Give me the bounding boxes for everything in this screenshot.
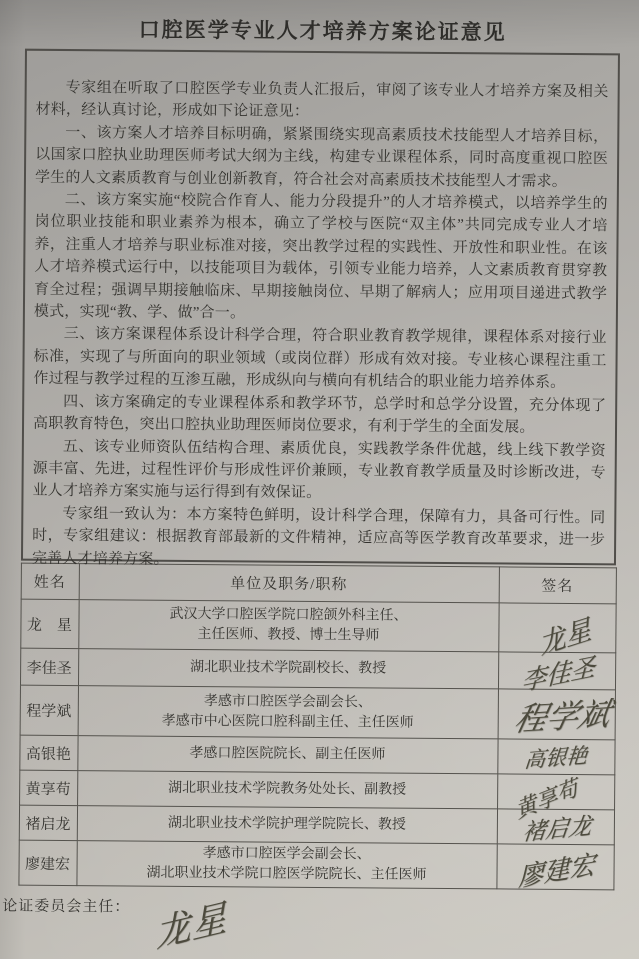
signature-cell: 黄享苟: [497, 774, 614, 810]
scanned-document-page: 口腔医学专业人才培养方案论证意见 专家组在听取了口腔医学专业负责人汇报后，审阅了…: [0, 0, 639, 959]
signature-cell: 程学斌: [498, 689, 615, 740]
table-row: 廖建宏 孝感市口腔医学会副会长、 湖北职业技术学院口腔医学院院长、主任医师 廖建…: [18, 840, 613, 890]
opinion-paragraph-intro: 专家组在听取了口腔医学专业负责人汇报后，审阅了该专业人才培养方案及相关材料，经认…: [35, 77, 608, 126]
experts-table: 姓名 单位及职务/职称 签名 龙 星 武汉大学口腔医学院口腔颌外科主任、 主任医…: [18, 563, 617, 891]
expert-unit: 湖北职业技术学院护理学院院长、教授: [77, 806, 497, 844]
unit-line: 主任医师、教授、博士生导师: [81, 624, 496, 647]
unit-line: 湖北职业技术学院副校长、教授: [81, 657, 496, 680]
signature-cell: 龙星: [498, 603, 615, 653]
unit-line: 孝感口腔医院院长、副主任医师: [80, 743, 495, 766]
handwritten-signature: 程学斌: [510, 688, 616, 741]
expert-unit: 孝感市口腔医学会副会长、 湖北职业技术学院口腔医学院院长、主任医师: [76, 841, 496, 889]
opinion-paragraph-4: 四、该方案确定的专业课程体系和教学环节，总学时和总学分设置，充分体现了高职教育特…: [33, 390, 606, 439]
document-content: 口腔医学专业人才培养方案论证意见 专家组在听取了口腔医学专业负责人汇报后，审阅了…: [0, 0, 639, 959]
opinion-paragraph-conclusion: 专家组一致认为：本方案特色鲜明，设计科学合理，保障有力，具备可行性。同时，专家组…: [32, 502, 606, 574]
table-row: 龙 星 武汉大学口腔医学院口腔颌外科主任、 主任医师、教授、博士生导师 龙星: [20, 599, 615, 653]
chair-label: 论证委员会主任：: [2, 899, 130, 916]
table-row: 高银艳 孝感口腔医院院长、副主任医师 高银艳: [19, 735, 614, 775]
expert-unit: 湖北职业技术学院副校长、教授: [78, 649, 498, 689]
unit-line: 湖北职业技术学院教务处处长、副教授: [80, 778, 495, 801]
opinion-paragraph-1: 一、该方案人才培养目标明确，紧紧围绕实现高素质技术技能型人才培养目标，以国家口腔…: [35, 122, 609, 194]
expert-name: 高银艳: [19, 735, 77, 770]
expert-unit: 孝感市口腔医学会副会长、 孝感市中心医院口腔科副主任、主任医师: [78, 686, 498, 739]
signature-cell: 廖建宏: [496, 844, 613, 890]
expert-unit: 湖北职业技术学院教务处处长、副教授: [77, 771, 497, 809]
header-signature: 签名: [499, 567, 616, 604]
table-row: 黄享苟 湖北职业技术学院教务处处长、副教授 黄享苟: [19, 770, 614, 810]
handwritten-signature: 高银艳: [523, 739, 589, 774]
opinion-box: 专家组在听取了口腔医学专业负责人汇报后，审阅了该专业人才培养方案及相关材料，经认…: [21, 49, 620, 566]
document-title: 口腔医学专业人才培养方案论证意见: [3, 0, 639, 52]
signature-cell: 高银艳: [497, 739, 614, 775]
unit-line: 孝感市中心医院口腔科副主任、主任医师: [80, 711, 495, 734]
handwritten-signature: 褚启龙: [521, 807, 593, 847]
signature-cell: 李佳圣: [498, 652, 615, 690]
expert-unit: 孝感口腔医院院长、副主任医师: [77, 736, 497, 774]
table-row: 李佳圣 湖北职业技术学院副校长、教授 李佳圣: [20, 648, 615, 690]
table-row: 程学斌 孝感市口腔医学会副会长、 孝感市中心医院口腔科副主任、主任医师 程学斌: [20, 685, 615, 740]
expert-name: 黄享苟: [19, 770, 77, 805]
expert-name: 褚启龙: [19, 805, 77, 840]
expert-name: 程学斌: [20, 685, 78, 735]
expert-name: 龙 星: [20, 599, 78, 648]
handwritten-signature: 廖建宏: [518, 843, 595, 894]
footer: 论证委员会主任： 龙星: [2, 895, 635, 959]
expert-name: 李佳圣: [20, 648, 78, 685]
unit-line: 湖北职业技术学院口腔医学院院长、主任医师: [79, 863, 494, 886]
chair-signature: 龙星: [154, 889, 229, 958]
opinion-paragraph-3: 三、该方案课程体系设计科学合理，符合职业教育教学规律，课程体系对接行业标准，实现…: [33, 323, 607, 395]
opinion-paragraph-2: 二、该方案实施“校院合作育人、能力分段提升”的人才培养模式，以培养学生的岗位职业…: [34, 189, 608, 328]
signature-cell: 褚启龙: [497, 809, 614, 845]
opinion-paragraph-5: 五、该专业师资队伍结构合理、素质优良，实践教学条件优越，线上线下教学资源丰富、先…: [32, 435, 606, 507]
expert-name: 廖建宏: [18, 840, 76, 885]
unit-line: 湖北职业技术学院护理学院院长、教授: [79, 813, 494, 836]
expert-unit: 武汉大学口腔医学院口腔颌外科主任、 主任医师、教授、博士生导师: [78, 600, 498, 652]
